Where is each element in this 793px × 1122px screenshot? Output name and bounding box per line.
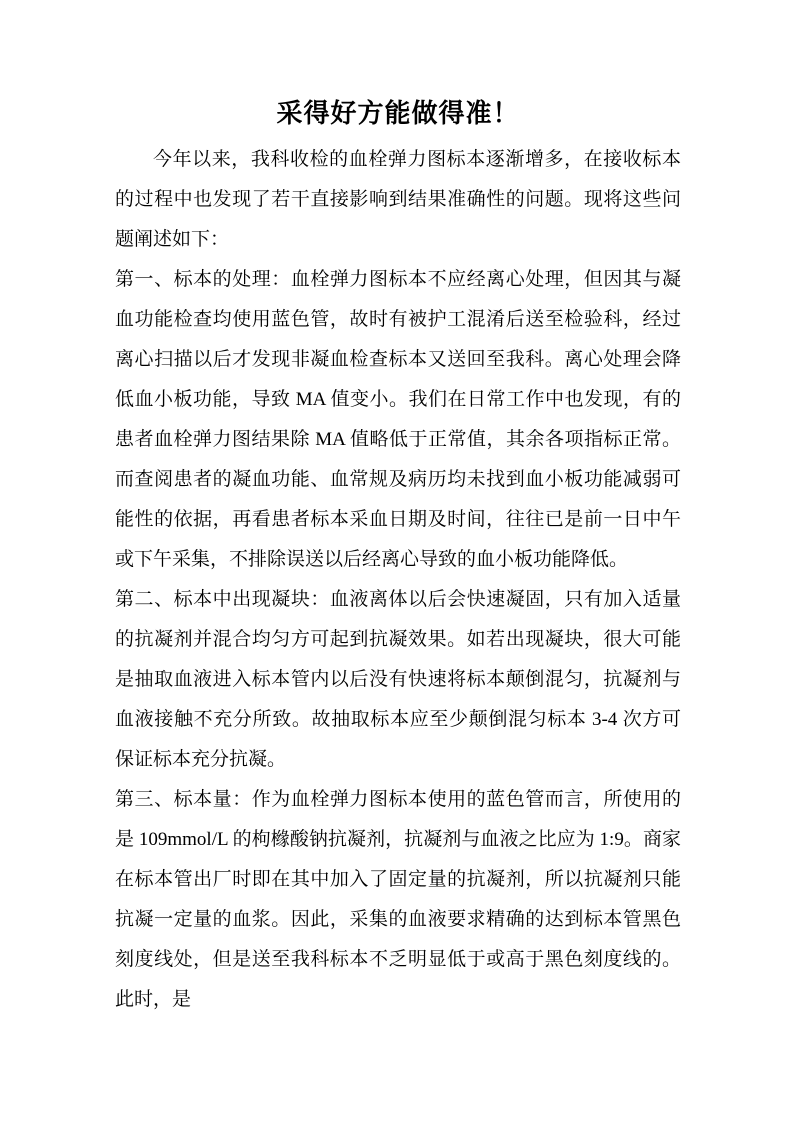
paragraph-issue-2-clots-in-specimen: 第二、标本中出现凝块：血液离体以后会快速凝固，只有加入适量的抗凝剂并混合均匀方可… (115, 580, 681, 780)
paragraph-issue-1-specimen-handling: 第一、标本的处理：血栓弹力图标本不应经离心处理，但因其与凝血功能检查均使用蓝色管… (115, 260, 681, 580)
paragraph-intro: 今年以来，我科收检的血栓弹力图标本逐渐增多，在接收标本的过程中也发现了若干直接影… (115, 140, 681, 260)
document-title: 采得好方能做得准！ (115, 96, 681, 132)
paragraph-issue-3-specimen-volume: 第三、标本量：作为血栓弹力图标本使用的蓝色管而言，所使用的是 109mmol/L… (115, 780, 681, 1020)
document-page: 采得好方能做得准！ 今年以来，我科收检的血栓弹力图标本逐渐增多，在接收标本的过程… (0, 0, 793, 1122)
